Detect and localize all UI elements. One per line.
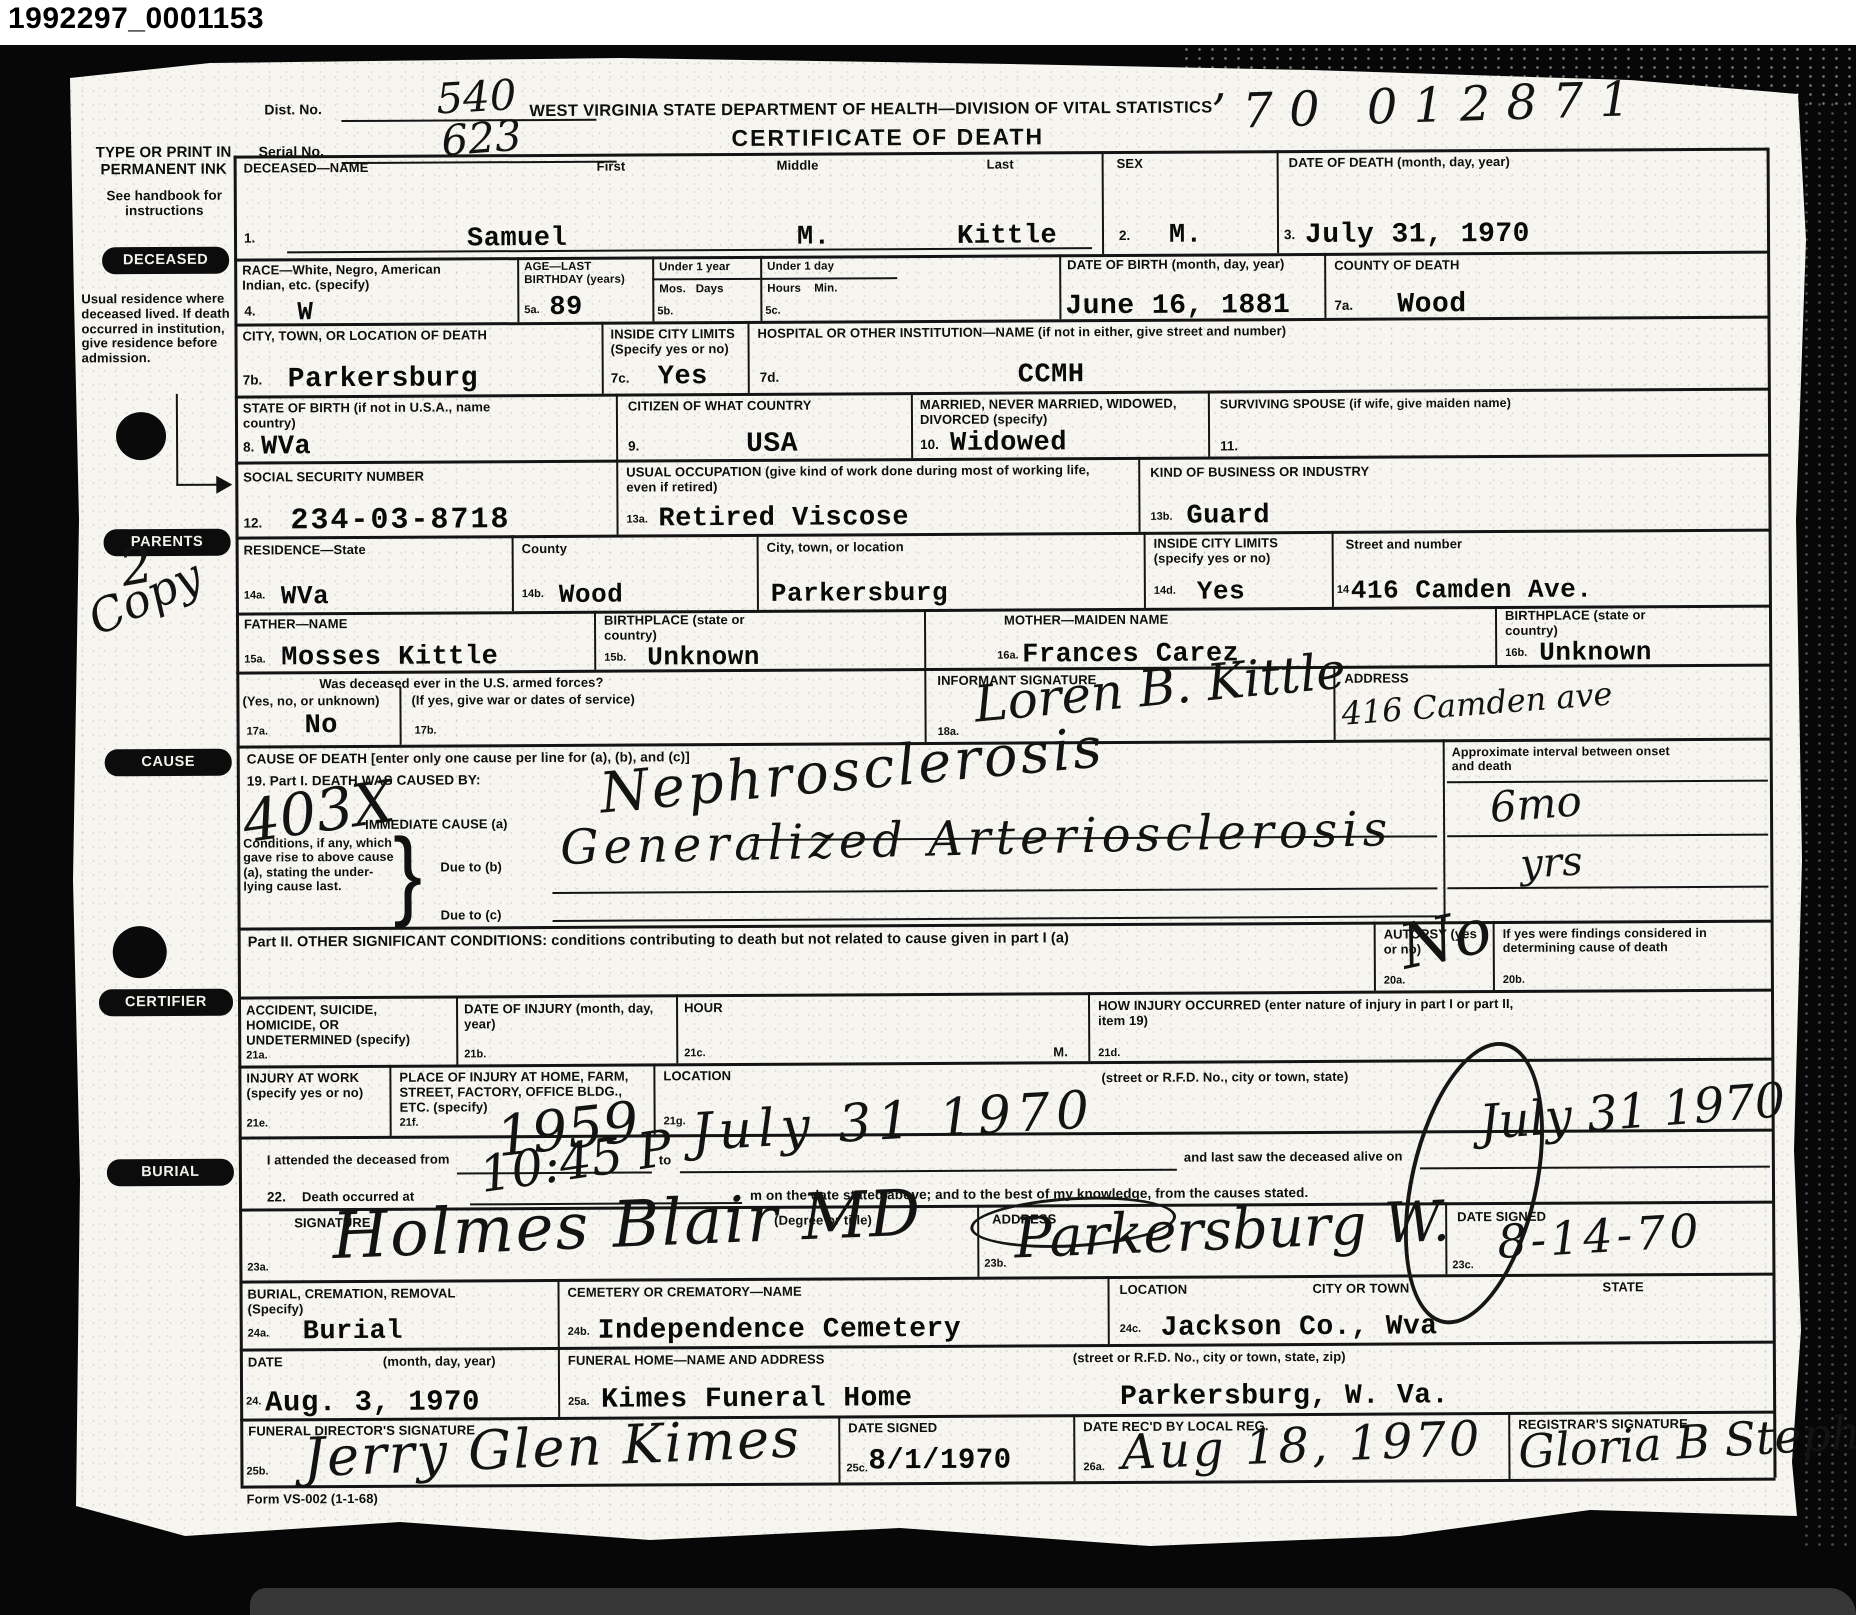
due-to-c-label: Due to (c) [441,908,502,923]
form-line [399,687,401,745]
attended-to-script: July 31 1970 [690,1084,1096,1159]
hospital-value: CCMH [1018,360,1085,390]
field-no-7c: 7c. [611,371,630,386]
age-label: AGE—LAST BIRTHDAY (years) [524,261,634,288]
field-no-11: 11. [1220,438,1238,453]
cause-b-line [552,887,1437,894]
city-of-death-label: CITY, TOWN, OR LOCATION OF DEATH [242,328,486,344]
margin-print-note: TYPE OR PRINT IN PERMANENT INK [89,144,239,179]
tab-cause: CAUSE [105,749,232,777]
funeral-home-city-value: Parkersburg, W. Va. [1120,1380,1449,1413]
field-no-5b: 5b. [657,305,673,317]
form-line [1443,739,1446,921]
armed-forces-sub-a: (Yes, no, or unknown) [242,694,379,710]
injury-work-label: INJURY AT WORK (specify yes or no) [246,1071,386,1101]
certificate-content: TYPE OR PRINT IN PERMANENT INK See handb… [0,0,1856,1615]
ssn-value: 234-03-8718 [290,503,510,538]
form-line [616,460,618,535]
interval-a-script: 6mo [1488,780,1583,829]
funeral-home-sub-label: (street or R.F.D. No., city or town, sta… [1073,1350,1346,1366]
father-birthplace-value: Unknown [647,642,760,673]
sex-value: M. [1169,221,1203,251]
field-no-21c: 21c. [684,1047,705,1059]
last-label: Last [987,158,1014,173]
field-no-7b: 7b. [243,372,263,387]
form-line [616,394,618,460]
field-no-1: 1. [244,231,255,246]
burial-type-label: BURIAL, CREMATION, REMOVAL (Specify) [248,1286,488,1317]
form-line [1144,532,1146,608]
marital-label: MARRIED, NEVER MARRIED, WIDOWED, DIVORCE… [920,397,1200,428]
location-label: LOCATION [663,1069,731,1084]
field-no-14e: 14 [1337,584,1349,596]
form-line [1374,922,1376,991]
father-value: Mosses Kittle [281,642,498,673]
street-label: Street and number [1346,537,1463,552]
last-name-value: Kittle [957,221,1057,252]
write-line [680,1169,1177,1174]
hour-m-label: M. [1053,1045,1068,1060]
margin-arrow-stem [176,394,178,486]
residence-limits-label: INSIDE CITY LIMITS (specify yes or no) [1154,536,1304,566]
field-no-24d: 24. [246,1395,261,1407]
certifier-address-script: Parkersburg W. [1013,1194,1451,1267]
form-line [1508,1412,1510,1479]
form-line [977,1205,979,1277]
date-of-death-label: DATE OF DEATH (month, day, year) [1289,155,1510,171]
field-no-23c: 23c. [1452,1259,1473,1271]
armed-forces-value: No [304,711,338,741]
field-no-17b: 17b. [415,725,437,737]
tab-burial: BURIAL [107,1159,234,1187]
form-line [1447,886,1768,890]
field-no-26a: 26a. [1083,1461,1104,1473]
occupation-label: USUAL OCCUPATION (give kind of work done… [626,463,1106,495]
form-right-border [1767,148,1777,1478]
field-no-24b: 24b. [568,1326,590,1338]
burial-type-value: Burial [303,1317,403,1348]
form-line [1102,151,1105,254]
alive-label: and last saw the deceased alive on [1184,1150,1403,1166]
field-no-22: 22. [267,1189,286,1204]
dist-no-label: Dist. No. [264,102,322,118]
form-line [240,1341,1775,1352]
date-of-death-value: July 31, 1970 [1305,219,1530,251]
mother-birthplace-value: Unknown [1539,637,1652,668]
middle-name-value: M. [797,223,831,253]
burial-state-label: STATE [1602,1280,1643,1295]
location-sub-label: (street or R.F.D. No., city or town, sta… [1101,1070,1348,1086]
field-no-21e: 21e. [247,1117,268,1129]
accident-label: ACCIDENT, SUICIDE, HOMICIDE, OR UNDETERM… [246,1003,446,1048]
residence-state-value: WVa [281,581,329,611]
sex-label: SEX [1117,157,1143,172]
occupation-value: Retired Viscose [658,503,909,534]
margin-handbook-note: See handbook for instructions [97,188,232,219]
form-line [1324,253,1326,318]
form-line [1208,391,1210,457]
armed-forces-label: Was deceased ever in the U.S. armed forc… [319,676,603,692]
form-line [1332,531,1334,607]
burial-location-label: LOCATION [1119,1283,1187,1298]
residence-state-label: RESIDENCE—State [244,543,366,558]
tab-deceased: DECEASED [102,247,229,275]
director-date-signed-label: DATE SIGNED [848,1421,937,1436]
burial-city-label: CITY OR TOWN [1312,1281,1409,1296]
marital-value: Widowed [950,428,1067,459]
form-line [757,534,759,610]
form-line [512,535,514,611]
street-value: 416 Camden Ave. [1351,575,1593,606]
first-name-value: Samuel [467,224,567,255]
certifier-signature-script: Holmes Blair MD [331,1181,924,1269]
margin-arrow-head-icon [216,476,232,494]
field-no-25b: 25b. [246,1465,268,1477]
field-no-14b: 14b. [522,588,544,600]
field-no-3: 3. [1284,227,1295,242]
citizen-value: USA [746,429,798,460]
father-birthplace-label: BIRTHPLACE (state or country) [604,613,769,643]
field-no-23b: 23b. [984,1258,1006,1270]
field-no-7d: 7d. [760,370,780,385]
cemetery-label: CEMETERY OR CREMATORY—NAME [567,1285,801,1301]
autopsy-findings-label: If yes were findings considered in deter… [1503,926,1758,956]
form-line [1447,834,1768,838]
field-no-21d: 21d. [1098,1047,1120,1059]
field-no-16a: 16a. [997,650,1018,662]
form-line [517,257,519,322]
form-line [389,1065,391,1136]
form-line [594,611,596,670]
margin-arrow-shaft [176,484,218,486]
industry-label: KIND OF BUSINESS OR INDUSTRY [1150,465,1369,481]
form-line [652,256,654,321]
field-no-14d: 14d. [1154,585,1176,597]
county-of-death-value: Wood [1397,289,1466,320]
field-no-7a: 7a. [1334,298,1353,313]
cemetery-value: Independence Cemetery [598,1314,962,1347]
race-value: W [297,297,313,327]
form-line [924,609,926,668]
field-no-4: 4. [244,304,255,319]
burial-date-label: DATE [248,1355,283,1370]
inside-limits-label: INSIDE CITY LIMITS (Specify yes or no) [610,327,745,357]
field-no-9: 9. [628,439,639,454]
form-line [601,322,603,394]
under-day-sub-label: Hours Min. [767,282,837,295]
form-line [1073,1414,1075,1481]
field-no-16b: 16b. [1505,647,1527,659]
under-year-label: Under 1 year [659,261,730,274]
field-no-14a: 14a. [244,589,265,601]
autopsy-script: No [1394,899,1497,979]
interval-label: Approximate interval between onset and d… [1452,744,1682,774]
cause-conditions-note: Conditions, if any, which gave rise to a… [243,836,395,894]
form-line [557,1279,559,1347]
burial-date-sub-label: (month, day, year) [383,1354,496,1369]
form-line [239,1273,1774,1284]
middle-label: Middle [777,159,819,174]
inside-limits-value: Yes [658,362,708,392]
under-year-sub-label: Mos. Days [659,283,723,296]
field-no-25a: 25a. [568,1396,589,1408]
name-label: DECEASED—NAME [244,161,369,176]
under-day-label: Under 1 day [767,260,834,273]
margin-residence-note: Usual residence where deceased lived. If… [81,292,233,367]
residence-city-value: Parkersburg [771,578,948,609]
date-signed-script: 8-14-70 [1496,1207,1704,1265]
director-date-signed-value: 8/1/1970 [868,1444,1011,1478]
punch-hole-top [116,412,166,460]
field-no-5a: 5a. [524,304,539,316]
form-line [1059,254,1061,319]
form-line [1107,1276,1109,1344]
ssn-label: SOCIAL SECURITY NUMBER [243,470,424,486]
attended-pre-label: I attended the deceased from [267,1153,450,1169]
form-line [1088,992,1090,1061]
immediate-cause-script: Nephrosclerosis [597,720,1107,823]
field-no-12: 12. [243,515,262,530]
field-no-15a: 15a. [244,653,265,665]
form-line [652,278,760,281]
burial-date-value: Aug. 3, 1970 [265,1385,480,1419]
form-line [676,994,678,1063]
field-no-21b: 21b. [464,1048,486,1060]
age-value: 89 [549,293,583,323]
spouse-label: SURVIVING SPOUSE (if wife, give maiden n… [1220,396,1511,412]
residence-county-label: County [522,542,567,557]
residence-county-value: Wood [559,580,624,610]
funeral-home-label: FUNERAL HOME—NAME AND ADDRESS [568,1353,825,1369]
city-of-death-value: Parkersburg [288,363,479,395]
form-line [558,1347,560,1417]
funeral-director-script: Jerry Glen Kimes [302,1411,801,1485]
form-line [1277,150,1280,253]
field-no-2: 2. [1119,228,1130,243]
field-no-15b: 15b. [604,652,626,664]
interval-b-script: yrs [1519,841,1583,885]
mother-birthplace-label: BIRTHPLACE (state or country) [1505,608,1670,638]
field-no-24a: 24a. [248,1327,269,1339]
field-no-10: 10. [920,437,939,452]
injury-date-label: DATE OF INJURY (month, day, year) [464,1001,669,1032]
department-title: WEST VIRGINIA STATE DEPARTMENT OF HEALTH… [529,99,1212,121]
field-no-8: 8. [243,440,254,455]
form-line [760,277,897,280]
field-no-23a: 23a. [247,1261,268,1273]
form-line [747,321,749,393]
state-file-number-script: ’70 012871 [1211,75,1647,137]
form-line [238,989,1773,1000]
dob-label: DATE OF BIRTH (month, day, year) [1067,257,1302,273]
form-line [838,1415,840,1482]
punch-hole-bottom [113,926,167,978]
residence-limits-value: Yes [1197,576,1245,606]
state-of-birth-value: WVa [261,432,311,462]
county-of-death-label: COUNTY OF DEATH [1334,258,1459,273]
form-line [456,995,458,1064]
form-line [911,392,913,458]
write-line [1420,1166,1770,1170]
race-label: RACE—White, Negro, American Indian, etc.… [242,262,472,293]
field-no-20b: 20b. [1503,974,1525,986]
form-number-label: Form VS-002 (1-1-68) [247,1492,378,1508]
state-of-birth-label: STATE OF BIRTH (if not in U.S.A., name c… [243,400,543,431]
father-label: FATHER—NAME [244,617,347,632]
residence-city-label: City, town, or location [767,540,904,556]
industry-value: Guard [1186,501,1270,531]
field-no-13a: 13a. [626,513,647,525]
informant-address-label: ADDRESS [1344,671,1408,686]
first-label: First [597,160,626,175]
field-no-25c: 25c. [846,1462,867,1474]
mother-label: MOTHER—MAIDEN NAME [1004,613,1168,629]
hour-label: HOUR [684,1001,723,1016]
how-injury-label: HOW INJURY OCCURRED (enter nature of inj… [1098,997,1528,1029]
hospital-label: HOSPITAL OR OTHER INSTITUTION—NAME (if n… [757,324,1286,342]
burial-location-value: Jackson Co., Wva [1161,1311,1438,1343]
form-line [760,256,762,321]
immediate-cause-label: IMMEDIATE CAUSE (a) [365,817,508,833]
scanned-death-certificate: 1992297_0001153 TYPE OR PRINT IN PERMANE… [0,0,1856,1615]
field-no-21f: 21f. [400,1117,419,1129]
armed-forces-sub-b: (If yes, give war or dates of service) [411,693,635,709]
field-no-21a: 21a. [246,1049,267,1061]
cause-brace: } [393,817,422,931]
citizen-label: CITIZEN OF WHAT COUNTRY [628,399,812,415]
field-no-24c: 24c. [1120,1323,1141,1335]
certificate-title: CERTIFICATE OF DEATH [731,123,1044,151]
field-no-17a: 17a. [247,725,268,737]
field-no-5c: 5c. [765,305,780,317]
form-line [1138,457,1140,532]
field-no-13b: 13b. [1150,511,1172,523]
field-no-20a: 20a. [1384,975,1405,987]
part2-label: Part II. OTHER SIGNIFICANT CONDITIONS: c… [248,930,1069,951]
dob-value: June 16, 1881 [1065,290,1290,322]
cause-c-line [553,915,1438,922]
form-line [1495,606,1497,665]
due-to-b-label: Due to (b) [440,860,502,875]
date-recd-script: Aug 18, 1970 [1120,1415,1483,1477]
tab-certifier: CERTIFIER [99,989,233,1017]
